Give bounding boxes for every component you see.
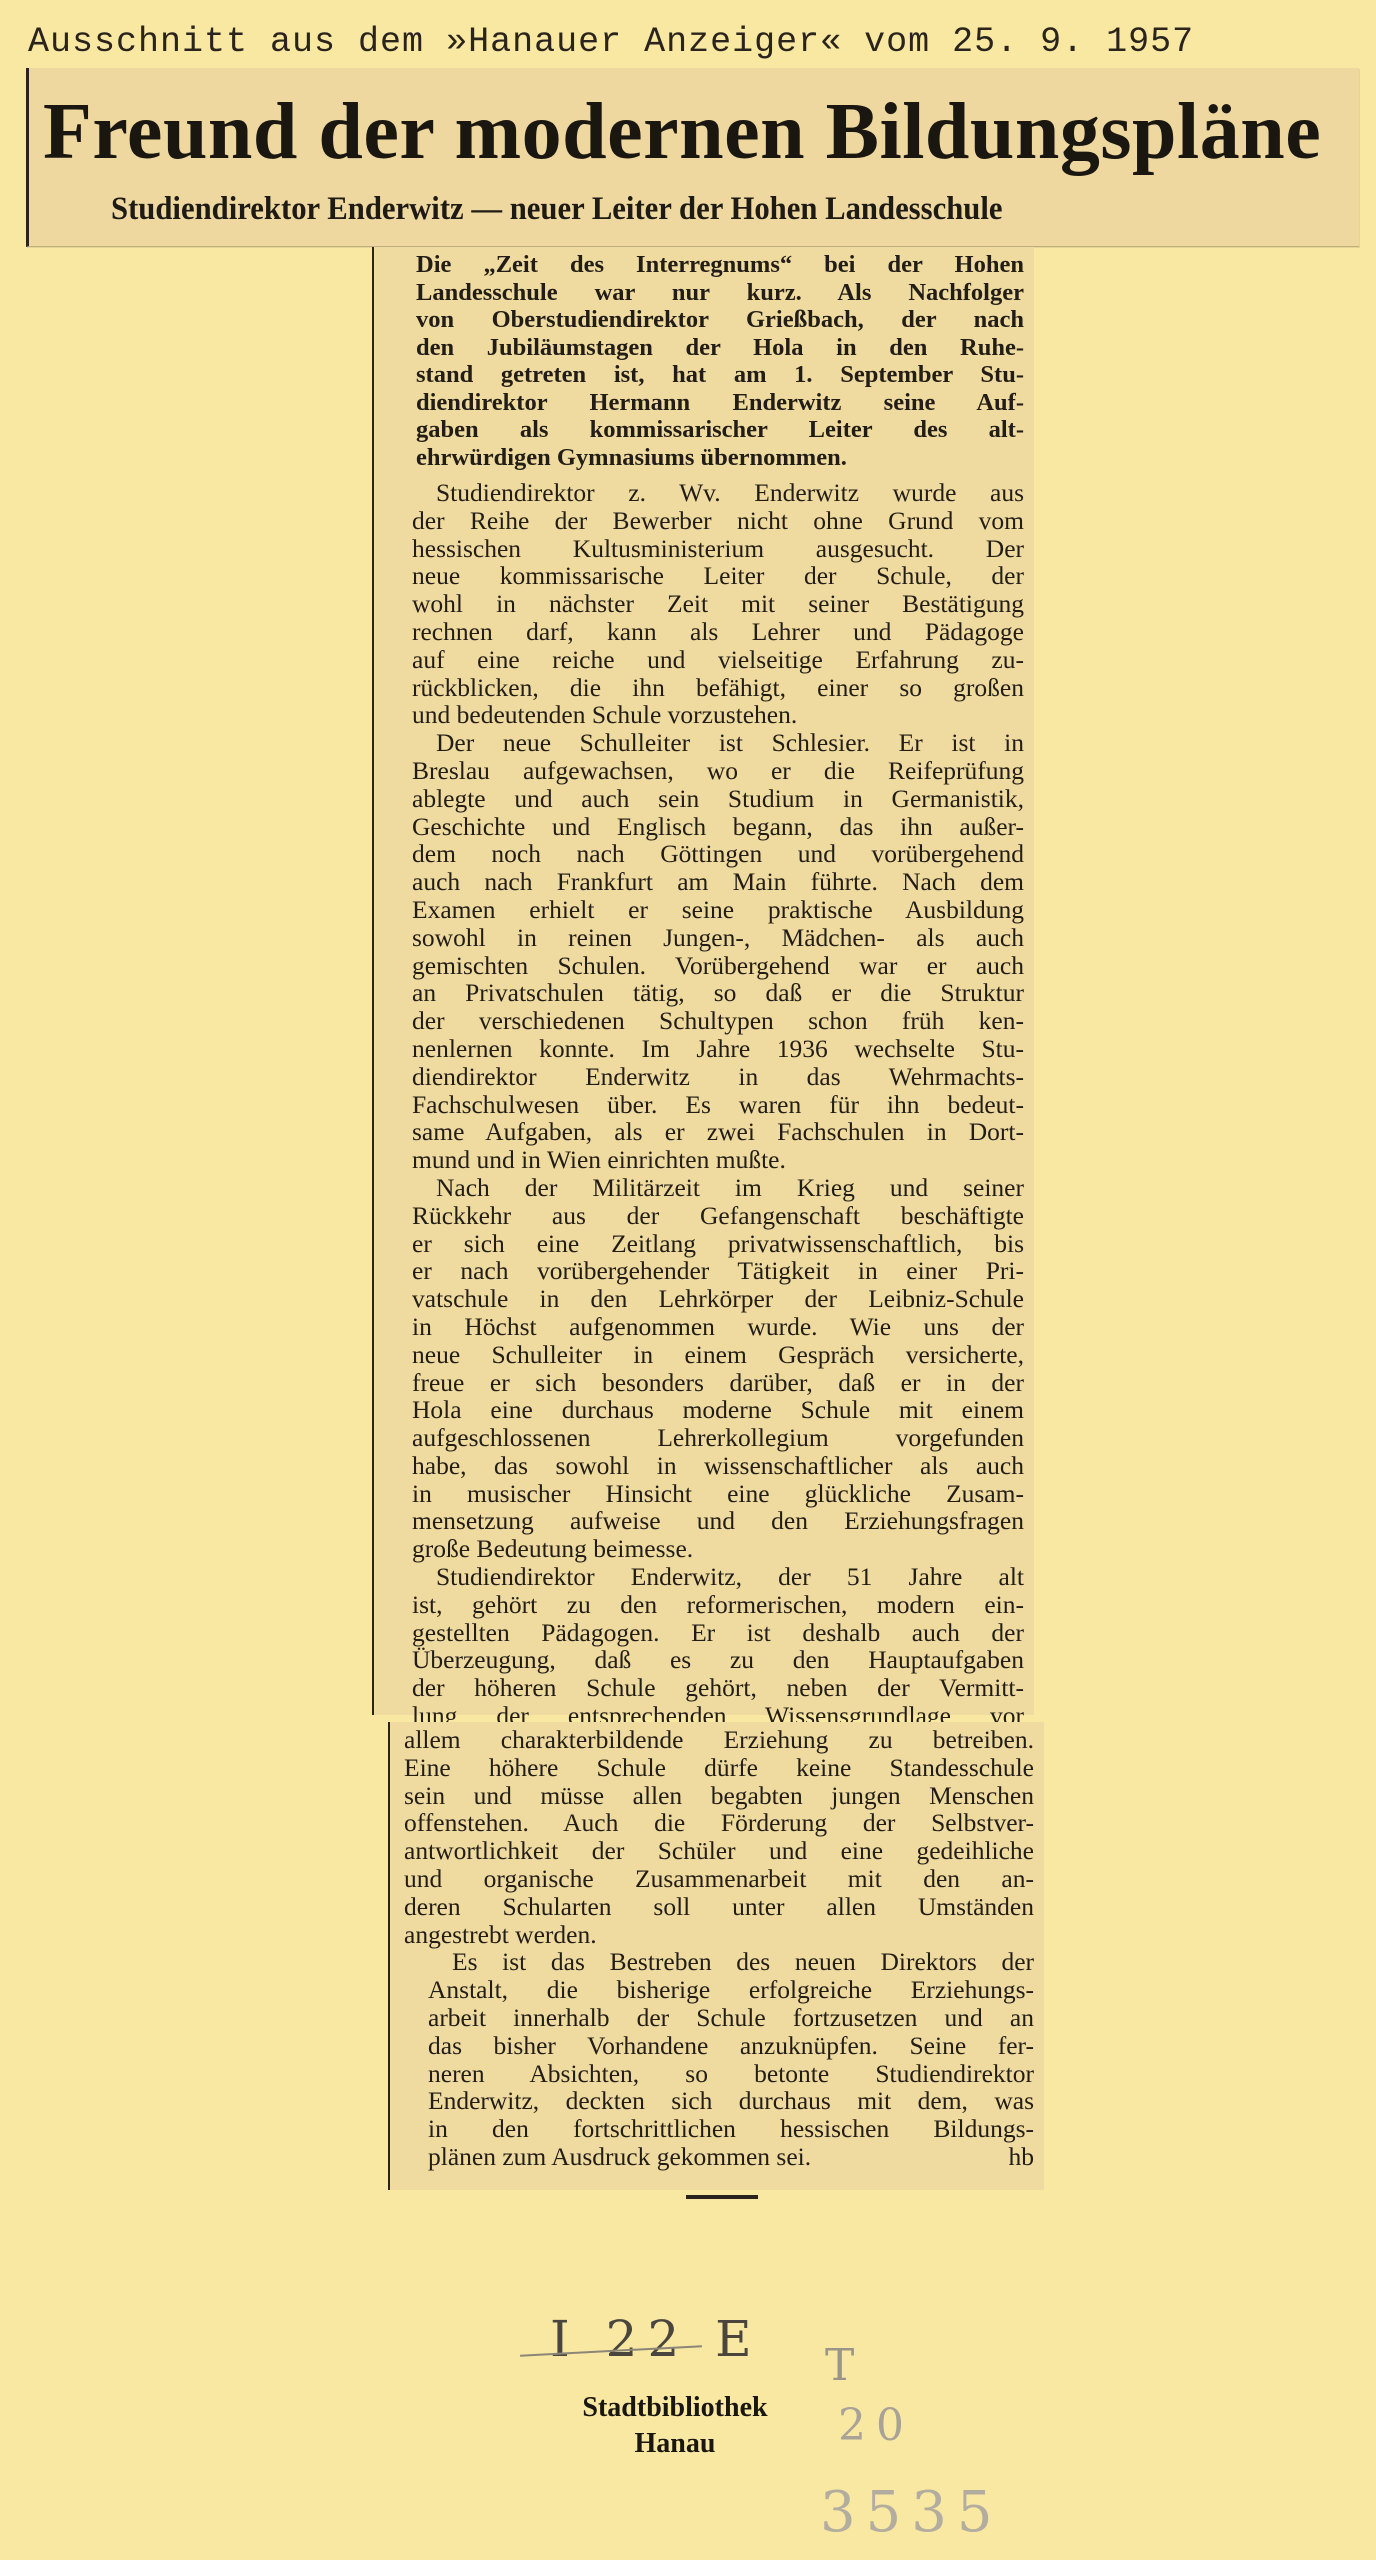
text-line: habe, das sowohl in wissenschaftlicher a… — [388, 1452, 1024, 1480]
text-line: Nach der Militärzeit im Krieg und seiner — [388, 1174, 1024, 1202]
text-line: Geschichte und Englisch begann, das ihn … — [388, 813, 1024, 841]
handwritten-note-t: T — [825, 2340, 864, 2391]
paragraph-3: Nach der Militärzeit im Krieg und seiner… — [388, 1174, 1024, 1563]
text-line: plänen zum Ausdruck gekommen sei. hb — [404, 2143, 1034, 2171]
text-line: Fachschulwesen über. Es waren für ihn be… — [388, 1091, 1024, 1119]
text-line: in musischer Hinsicht eine glückliche Zu… — [388, 1480, 1024, 1508]
text-line: Der neue Schulleiter ist Schlesier. Er i… — [388, 729, 1024, 757]
text-line: Es ist das Bestreben des neuen Direktors… — [404, 1948, 1034, 1976]
text-line: er sich eine Zeitlang privatwissenschaft… — [388, 1230, 1024, 1258]
article-subheadline: Studiendirektor Enderwitz — neuer Leiter… — [111, 190, 1002, 228]
text-line: er nach vorübergehender Tätigkeit in ein… — [388, 1257, 1024, 1285]
paragraph-1: Studiendirektor z. Wv. Enderwitz wurde a… — [388, 479, 1024, 729]
text-line: und bedeutenden Schule vorzustehen. — [388, 701, 1024, 729]
paragraph-5: Es ist das Bestreben des neuen Direktors… — [404, 1948, 1034, 2170]
stamp-line-2: Hanau — [550, 2426, 800, 2462]
text-line: Examen erhielt er seine praktische Ausbi… — [388, 896, 1024, 924]
text-line: Eine höhere Schule dürfe keine Standessc… — [404, 1754, 1034, 1782]
text-line: vatschule in den Lehrkörper der Leibniz-… — [388, 1285, 1024, 1313]
text-line: ablegte und auch sein Studium in Germani… — [388, 785, 1024, 813]
text-line: mund und in Wien einrichten mußte. — [388, 1146, 1024, 1174]
text-line: same Aufgaben, als er zwei Fachschulen i… — [388, 1118, 1024, 1146]
handwritten-note-number: 3535 — [820, 2480, 1003, 2545]
headline-clipping: Freund der modernen Bildungspläne Studie… — [26, 68, 1359, 247]
article-end-rule — [686, 2195, 758, 2199]
text-line: und organische Zusammenarbeit mit den an… — [404, 1865, 1034, 1893]
text-line: angestrebt werden. — [404, 1921, 1034, 1949]
text-line: deren Schularten soll unter allen Umstän… — [404, 1893, 1034, 1921]
stamp-line-1: Stadtbibliothek — [550, 2390, 800, 2426]
text-line: der Reihe der Bewerber nicht ohne Grund … — [388, 507, 1024, 535]
article-clipping-part-1: Die „Zeit des Interregnums“ bei der Hohe… — [372, 247, 1034, 1715]
text-line: antwortlichkeit der Schüler und eine ged… — [404, 1837, 1034, 1865]
lede-line: den Jubiläumstagen der Hola in den Ruhe- — [416, 334, 1024, 362]
lede-line: von Oberstudiendirektor Grießbach, der n… — [416, 306, 1024, 334]
paragraph-4: Studiendirektor Enderwitz, der 51 Jahre … — [388, 1563, 1024, 1730]
text-line: auch nach Frankfurt am Main führte. Nach… — [388, 868, 1024, 896]
paragraph-2: Der neue Schulleiter ist Schlesier. Er i… — [388, 729, 1024, 1174]
text-line: das bisher Vorhandene anzuknüpfen. Seine… — [404, 2032, 1034, 2060]
text-line: an Privatschulen tätig, so daß er die St… — [388, 979, 1024, 1007]
text-line: hessischen Kultusministerium ausgesucht.… — [388, 535, 1024, 563]
text-line: rückblicken, die ihn befähigt, einer so … — [388, 674, 1024, 702]
text-line: neren Absichten, so betonte Studiendirek… — [404, 2060, 1034, 2088]
final-line-text: plänen zum Ausdruck gekommen sei. — [428, 2142, 811, 2171]
text-line: freue er sich besonders darüber, daß er … — [388, 1369, 1024, 1397]
text-line: in Höchst aufgenommen wurde. Wie uns der — [388, 1313, 1024, 1341]
text-line: der verschiedenen Schultypen schon früh … — [388, 1007, 1024, 1035]
library-stamp: Stadtbibliothek Hanau — [550, 2390, 800, 2462]
article-headline: Freund der modernen Bildungspläne — [43, 90, 1321, 174]
lede-line: diendirektor Hermann Enderwitz seine Auf… — [416, 389, 1024, 417]
text-line: neue kommissarische Leiter der Schule, d… — [388, 562, 1024, 590]
text-line: große Bedeutung beimesse. — [388, 1535, 1024, 1563]
text-line: neue Schulleiter in einem Gespräch versi… — [388, 1341, 1024, 1369]
archive-header: Ausschnitt aus dem »Hanauer Anzeiger« vo… — [28, 22, 1348, 62]
text-line: Hola eine durchaus moderne Schule mit ei… — [388, 1396, 1024, 1424]
lede-line: stand getreten ist, hat am 1. September … — [416, 361, 1024, 389]
lede-line: Die „Zeit des Interregnums“ bei der Hohe… — [416, 251, 1024, 279]
text-line: Studiendirektor Enderwitz, der 51 Jahre … — [388, 1563, 1024, 1591]
text-line: mensetzung aufweise und den Erziehungsfr… — [388, 1507, 1024, 1535]
article-column-2: allem charakterbildende Erziehung zu bet… — [404, 1726, 1034, 2171]
article-clipping-part-2: allem charakterbildende Erziehung zu bet… — [388, 1722, 1044, 2190]
text-line: allem charakterbildende Erziehung zu bet… — [404, 1726, 1034, 1754]
text-line: Breslau aufgewachsen, wo er die Reifeprü… — [388, 757, 1024, 785]
text-line: wohl in nächster Zeit mit seiner Bestäti… — [388, 590, 1024, 618]
text-line: nenlernen konnte. Im Jahre 1936 wechselt… — [388, 1035, 1024, 1063]
handwritten-note-20: 20 — [838, 2400, 914, 2451]
text-line: sein und müsse allen begabten jungen Men… — [404, 1782, 1034, 1810]
text-line: gemischten Schulen. Vorübergehend war er… — [388, 952, 1024, 980]
text-line: auf eine reiche und vielseitige Erfahrun… — [388, 646, 1024, 674]
paragraph-4-continued: allem charakterbildende Erziehung zu bet… — [404, 1726, 1034, 1948]
lede-line: ehrwürdigen Gymnasiums übernommen. — [416, 444, 1024, 472]
text-line: gestellten Pädagogen. Er ist deshalb auc… — [388, 1619, 1024, 1647]
text-line: Überzeugung, daß es zu den Hauptaufgaben — [388, 1646, 1024, 1674]
handwritten-shelfmark: I 22 E — [550, 2310, 762, 2368]
text-line: der höheren Schule gehört, neben der Ver… — [388, 1674, 1024, 1702]
lede-line: gaben als kommissarischer Leiter des alt… — [416, 416, 1024, 444]
text-line: rechnen darf, kann als Lehrer und Pädago… — [388, 618, 1024, 646]
text-line: Studiendirektor z. Wv. Enderwitz wurde a… — [388, 479, 1024, 507]
text-line: Enderwitz, deckten sich durchaus mit dem… — [404, 2087, 1034, 2115]
text-line: diendirektor Enderwitz in das Wehrmachts… — [388, 1063, 1024, 1091]
text-line: dem noch nach Göttingen und vorübergehen… — [388, 840, 1024, 868]
author-initials: hb — [985, 2143, 1035, 2171]
text-line: sowohl in reinen Jungen-, Mädchen- als a… — [388, 924, 1024, 952]
text-line: arbeit innerhalb der Schule fortzusetzen… — [404, 2004, 1034, 2032]
text-line: aufgeschlossenen Lehrerkollegium vorgefu… — [388, 1424, 1024, 1452]
text-line: ist, gehört zu den reformerischen, moder… — [388, 1591, 1024, 1619]
text-line: in den fortschrittlichen hessischen Bild… — [404, 2115, 1034, 2143]
article-lede: Die „Zeit des Interregnums“ bei der Hohe… — [388, 251, 1024, 471]
text-line: Anstalt, die bisherige erfolgreiche Erzi… — [404, 1976, 1034, 2004]
article-column-1: Die „Zeit des Interregnums“ bei der Hohe… — [388, 251, 1024, 1730]
text-line: Rückkehr aus der Gefangenschaft beschäft… — [388, 1202, 1024, 1230]
text-line: offenstehen. Auch die Förderung der Selb… — [404, 1809, 1034, 1837]
lede-line: Landesschule war nur kurz. Als Nachfolge… — [416, 279, 1024, 307]
